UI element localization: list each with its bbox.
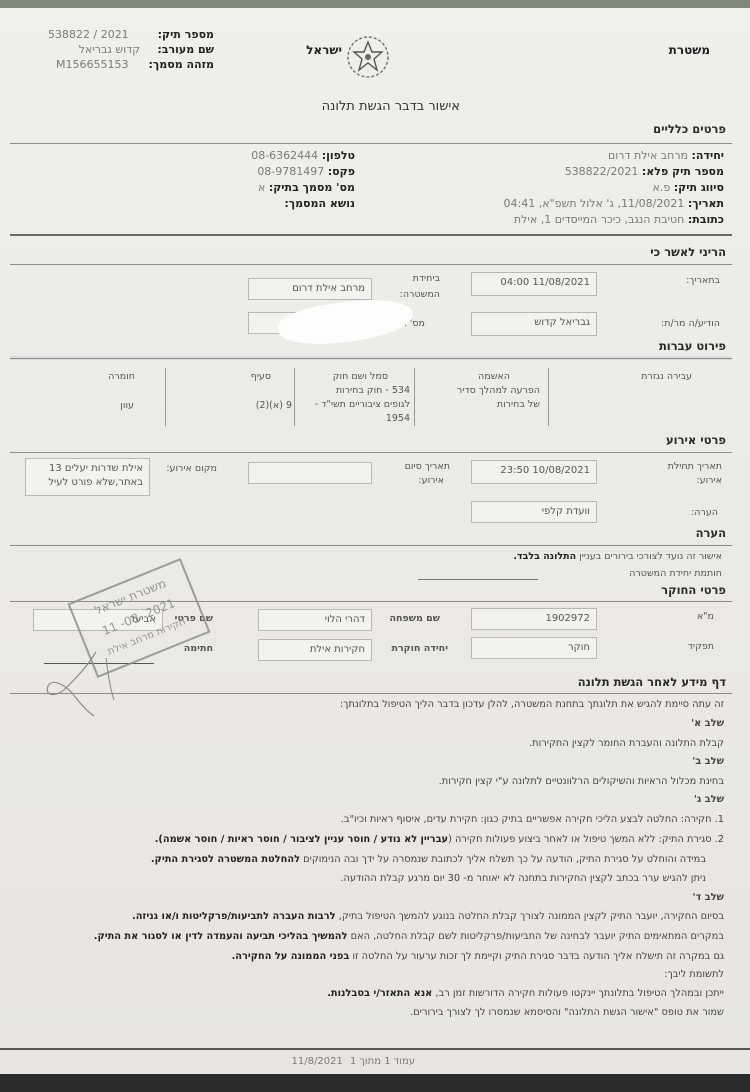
stage-c-title: שלב ג' bbox=[694, 790, 724, 810]
section-certify: הריני לאשר כי bbox=[650, 245, 726, 259]
stage-d-line-1: בסיום החקירה, יועבר התיק לקצין הממונה לצ… bbox=[132, 907, 724, 927]
subject-label: נושא המסמך: bbox=[284, 197, 355, 210]
police-unit-field: מרחב אילת דרום bbox=[248, 278, 372, 300]
unit-row: יחידה: מרחב אילת דרום bbox=[608, 149, 724, 162]
unit-stamp-label: חותמת יחידת המשטרה bbox=[629, 567, 722, 581]
pla-value: 538822/2021 bbox=[565, 165, 639, 178]
section-offenses: פירוט עברות bbox=[659, 339, 726, 353]
fax-value: 08-9781497 bbox=[257, 165, 324, 178]
attention-label: לתשומת ליבך: bbox=[664, 965, 724, 985]
charge-value: הפרעה למהלך סדיר של בחירות bbox=[444, 384, 540, 412]
col-charge: האשמה bbox=[478, 370, 510, 384]
divider bbox=[10, 545, 732, 546]
police-unit-label-2: המשטרה: bbox=[400, 288, 440, 302]
section-investigator: פרטי החוקר bbox=[661, 583, 726, 597]
event-start-label-1: תאריך תחילת bbox=[668, 460, 722, 474]
divider bbox=[10, 452, 732, 453]
attention-line-2: שמור את טופס "אישור הגשת התלונה" והסיסמא… bbox=[410, 1003, 724, 1023]
date-row: תאריך: 11/08/2021, ג' אלול תשפ"א, 04:41 bbox=[504, 197, 724, 210]
event-place-field: אילת שדרות יעלים 13 באתר,שלא פורט לעיל bbox=[25, 458, 150, 496]
event-end-field bbox=[248, 462, 372, 484]
stage-a-title: שלב א' bbox=[691, 714, 724, 734]
date-value: 11/08/2021, ג' אלול תשפ"א, 04:41 bbox=[504, 197, 685, 210]
doc-id-value: M156655153 bbox=[56, 58, 128, 71]
reporter-label: הודיע/ה מר/ת: bbox=[661, 317, 720, 331]
footer-divider bbox=[0, 1048, 750, 1050]
stage-d-line-3: גם במקרה זה תישלח אליך הודעה בדבר סגירת … bbox=[232, 947, 724, 967]
section-remark: הערה bbox=[696, 526, 726, 540]
stage-d-title: שלב ד' bbox=[692, 888, 724, 908]
event-end-label-2: אירוע: bbox=[418, 474, 444, 488]
pla-row: מספר תיק פלא: 538822/2021 bbox=[565, 165, 724, 178]
attention-line-1: ייתכן ובמהלך הטיפול בתלונתך יינקטו פעולו… bbox=[327, 984, 724, 1004]
section-value: 9 (א)(2) bbox=[256, 399, 292, 413]
info-intro: זה עתה סיימת להגיש את תלונתך בתחנת המשטר… bbox=[340, 695, 724, 715]
col-derived: עבירה נגזרת bbox=[641, 370, 692, 384]
phone-value: 08-6362444 bbox=[251, 149, 318, 162]
unit-value: מרחב אילת דרום bbox=[608, 149, 688, 162]
section-info: דף מידע לאחר הגשת תלונה bbox=[578, 675, 726, 689]
severity-value: עוון bbox=[120, 399, 134, 413]
investigating-unit-label: יחידה חוקרת bbox=[391, 642, 448, 656]
police-unit-label-1: ביחידת bbox=[413, 272, 440, 286]
file-no-label: מספר תיק: bbox=[158, 28, 214, 41]
last-name-field: דהרי הלוי bbox=[258, 609, 372, 631]
law-value: 534 - חוק בחירות לגופים ציבוריים תשי"ד -… bbox=[312, 384, 410, 426]
type-row: סיווג תיק: פ.א bbox=[653, 181, 725, 194]
complainant-value: קדוש גבריאל bbox=[79, 43, 140, 56]
divider bbox=[10, 358, 732, 359]
footer-page: עמוד 1 מתוך 1 11/8/2021 bbox=[292, 1056, 415, 1067]
certify-date-label: בתאריך: bbox=[686, 274, 720, 288]
handwritten-signature bbox=[36, 648, 146, 718]
divider bbox=[10, 143, 732, 144]
fax-row: פקס: 08-9781497 bbox=[257, 165, 355, 178]
doc-id-label: מזהה מסמך: bbox=[149, 58, 214, 71]
divider bbox=[10, 234, 732, 236]
event-note-label: הערה: bbox=[691, 506, 718, 520]
stage-b-title: שלב ב' bbox=[692, 752, 724, 772]
event-place-label: מקום אירוע: bbox=[166, 462, 217, 476]
stage-c-line-4: ניתן להגיש ערר בכתב לקצין החקירות בתחנה … bbox=[340, 869, 706, 889]
investigator-id-field: 1902972 bbox=[471, 608, 597, 630]
divider bbox=[10, 693, 732, 694]
role-field: חוקר bbox=[471, 637, 597, 659]
address-row: כתובת: חטיבת הנגב, כיכר המייסדים 1, אילת bbox=[514, 213, 724, 226]
investigating-unit-field: חקירות אילת bbox=[258, 639, 372, 661]
stage-c-item-2: 2. סגירת התיק: ללא המשך טיפול או לאחר בי… bbox=[155, 830, 724, 850]
col-law: סמל ושם חוק bbox=[333, 370, 388, 384]
stage-c-line-3: במידה והוחלט על סגירת התיק, הודעה על כך … bbox=[151, 850, 706, 870]
section-event: פרטי אירוע bbox=[666, 433, 726, 447]
last-name-label: שם משפחה bbox=[389, 612, 440, 626]
investigator-id-label: מ"א bbox=[697, 610, 714, 624]
complaint-confirmation-document: משטרת ישראל מספר תיק: 538822 / 2021 שם מ… bbox=[0, 8, 750, 1074]
signature-line bbox=[418, 579, 538, 580]
org-name-1: משטרת bbox=[669, 43, 710, 57]
reporter-field: גבריאל קדוש bbox=[471, 312, 597, 336]
stage-d-line-2: במקרים המתאימים התיק יועבר לבחינה של התב… bbox=[94, 927, 724, 947]
event-note-field: וועדת קלפי bbox=[471, 501, 597, 523]
address-value: חטיבת הנגב, כיכר המייסדים 1, אילת bbox=[514, 213, 684, 226]
photo-edge bbox=[0, 1074, 750, 1092]
type-value: פ.א bbox=[653, 181, 671, 194]
org-name-2: ישראל bbox=[306, 43, 342, 57]
event-end-label-1: תאריך סיום bbox=[405, 460, 450, 474]
event-start-field: 23:50 10/08/2021 bbox=[471, 460, 597, 484]
role-label: תפקיד bbox=[688, 640, 714, 654]
docno-row: מס' מסמך בתיק: א bbox=[258, 181, 355, 194]
divider bbox=[10, 264, 732, 265]
signature-label: חתימה bbox=[184, 642, 213, 656]
section-general: פרטים כלליים bbox=[653, 122, 726, 136]
redaction-mark bbox=[276, 293, 415, 351]
col-section: סעיף bbox=[251, 370, 271, 384]
complainant-label: שם מעורב: bbox=[157, 43, 214, 56]
stage-c-item-1: 1. חקירה: החלטה לבצע הליכי חקירה אפשריים… bbox=[341, 810, 724, 830]
docno-value: א bbox=[258, 181, 265, 194]
stage-a-text: קבלת התלונה והעברת החומר לקצין החקירות. bbox=[529, 734, 724, 754]
police-emblem-icon bbox=[345, 34, 391, 80]
col-severity: חומרה bbox=[108, 370, 135, 384]
stage-b-text: בחינת מכלול הראיות והשיקולים הרלוונטיים … bbox=[439, 772, 724, 792]
certify-date-field: 04:00 11/08/2021 bbox=[471, 272, 597, 296]
file-no-value: 538822 / 2021 bbox=[48, 28, 129, 41]
page-title: אישור בדבר הגשת תלונה bbox=[322, 99, 460, 114]
remark-text: אישור זה נועד לצורכי בירורים בעניין התלו… bbox=[513, 550, 722, 564]
phone-row: טלפון: 08-6362444 bbox=[251, 149, 355, 162]
event-start-label-2: אירוע: bbox=[696, 474, 722, 488]
